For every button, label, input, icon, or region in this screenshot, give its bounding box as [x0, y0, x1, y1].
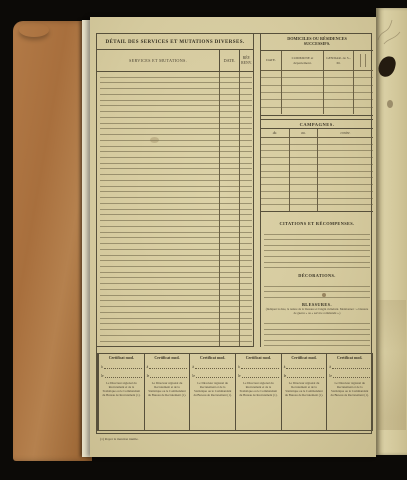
ink-smudge [387, 100, 393, 108]
certificate-box: Certificat mod. à le Le Directeur région… [235, 354, 281, 430]
column-divider [323, 71, 324, 114]
certificate-place-line: à [238, 364, 279, 369]
document-page: DÉTAIL DES SERVICES ET MUTATIONS DIVERSE… [90, 17, 376, 457]
column-divider [289, 138, 290, 211]
certificate-date-line: le [192, 373, 233, 378]
services-table-header: SERVICES ET MUTATIONS. DATE. RÉF. RENV. [97, 50, 253, 72]
campagnes-table: CAMPAGNES. du. au. contre. [261, 119, 373, 213]
blank-line [287, 377, 324, 378]
certificate-box: Certificat mod. à le Le Directeur région… [189, 354, 235, 430]
column-divider [317, 138, 318, 211]
campagnes-header: du. au. contre. [261, 129, 373, 138]
services-mutations-table: DÉTAIL DES SERVICES ET MUTATIONS DIVERSE… [97, 34, 254, 347]
ruled-line [261, 100, 373, 107]
column-header-services: SERVICES ET MUTATIONS. [97, 50, 219, 71]
decorations-title: DÉCORATIONS. [261, 273, 373, 278]
blank-line [241, 368, 279, 369]
column-header-gendarmerie: GENDAR. de S.-M. [323, 51, 353, 70]
certificate-place-line: à [192, 364, 233, 369]
certificate-place-line: à [101, 364, 142, 369]
right-column: DOMICILES OU RÉSIDENCES SUCCESSIFS. DATE… [260, 34, 373, 347]
certificate-box: Certificat mod. à le Le Directeur région… [144, 354, 190, 430]
certificate-place-line: à [284, 364, 325, 369]
footnote: (1) Rayer la mention inutile. [100, 437, 139, 441]
certificate-title: Certificat mod. [329, 356, 370, 360]
column-header-illegible-vertical [353, 51, 373, 70]
column-header-au: au. [289, 129, 317, 137]
printed-form: DÉTAIL DES SERVICES ET MUTATIONS DIVERSE… [96, 33, 372, 434]
domiciles-title: DOMICILES OU RÉSIDENCES SUCCESSIFS. [261, 34, 373, 51]
certificate-box: Certificat mod. à le Le Directeur région… [326, 354, 372, 430]
certificate-signer-text: Le Directeur régional du Recrutement et … [192, 381, 233, 397]
ruled-line [264, 263, 370, 269]
blank-line [105, 377, 142, 378]
ruled-line [261, 71, 373, 78]
pencil-scribble [374, 10, 404, 50]
blank-line [242, 377, 279, 378]
domiciles-header: DATE. COMMUNE et département. GENDAR. de… [261, 51, 373, 71]
blessures-lines [261, 318, 373, 346]
certificate-place-line: à [329, 364, 370, 369]
blank-line [196, 377, 233, 378]
campagnes-rows [261, 138, 373, 212]
ruled-line [261, 78, 373, 85]
certificate-title: Certificat mod. [101, 356, 142, 360]
certificate-date-line: le [329, 373, 370, 378]
scanned-register-page: DÉTAIL DES SERVICES ET MUTATIONS DIVERSE… [0, 0, 407, 480]
certificate-place-line: à [147, 364, 188, 369]
column-header-date: DATE. [261, 51, 281, 70]
certificate-signer-text: Le Directeur régional du Recrutement et … [284, 381, 325, 397]
blank-line [286, 368, 324, 369]
certificate-title: Certificat mod. [238, 356, 279, 360]
column-header-contre: contre. [317, 129, 373, 137]
certificate-signer-text: Le Directeur régional du Recrutement et … [238, 381, 279, 397]
domiciles-table: DOMICILES OU RÉSIDENCES SUCCESSIFS. DATE… [261, 34, 373, 116]
blessures-caption: (Indiquer la date, la nature de la bless… [261, 308, 373, 316]
column-divider [281, 71, 282, 114]
column-header-du: du. [261, 129, 289, 137]
campagnes-title: CAMPAGNES. [261, 119, 373, 129]
certificate-signer-text: Le Directeur régional du Recrutement et … [101, 381, 142, 397]
paper-stain [377, 300, 406, 430]
certificate-title: Certificat mod. [147, 356, 188, 360]
citations-lines [261, 229, 373, 268]
certificate-box: Certificat mod. à le Le Directeur région… [98, 354, 144, 430]
column-header-commune: COMMUNE et département. [281, 51, 323, 70]
folder-cover [13, 21, 92, 461]
blank-line [195, 368, 233, 369]
domiciles-rows [261, 71, 373, 114]
domiciles-title-text: DOMICILES OU RÉSIDENCES SUCCESSIFS. [281, 36, 353, 46]
certificate-date-line: le [284, 373, 325, 378]
certificate-signer-text: Le Directeur régional du Recrutement et … [329, 381, 370, 397]
certificate-box: Certificat mod. à le Le Directeur région… [281, 354, 327, 430]
blank-line [150, 377, 187, 378]
certificate-date-line: le [238, 373, 279, 378]
certificate-title: Certificat mod. [284, 356, 325, 360]
services-table-title: DÉTAIL DES SERVICES ET MUTATIONS DIVERSE… [97, 34, 253, 50]
decorations-lines [261, 281, 373, 298]
certificate-date-line: le [101, 373, 142, 378]
citations-decorations-blessures: CITATIONS ET RÉCOMPENSES. DÉCORATIONS. B… [261, 213, 373, 347]
blank-line [332, 368, 370, 369]
ruled-line [261, 86, 373, 93]
certificate-title: Certificat mod. [192, 356, 233, 360]
certificate-signer-text: Le Directeur régional du Recrutement et … [147, 381, 188, 397]
ruled-line [261, 93, 373, 100]
blank-line [104, 368, 142, 369]
column-divider [353, 71, 354, 114]
services-table-rows [97, 72, 253, 346]
column-header-ref-renvois: RÉF. RENV. [239, 50, 253, 71]
ruled-line [100, 342, 252, 347]
blank-line [149, 368, 187, 369]
citations-title: CITATIONS ET RÉCOMPENSES. [261, 221, 373, 226]
column-header-date: DATE. [219, 50, 239, 71]
ruled-line [264, 292, 370, 298]
certificate-date-line: le [147, 373, 188, 378]
ruled-line [264, 341, 370, 347]
ruled-line [261, 108, 373, 114]
blank-line [333, 377, 370, 378]
certificates-row: Certificat mod. à le Le Directeur région… [97, 353, 373, 431]
